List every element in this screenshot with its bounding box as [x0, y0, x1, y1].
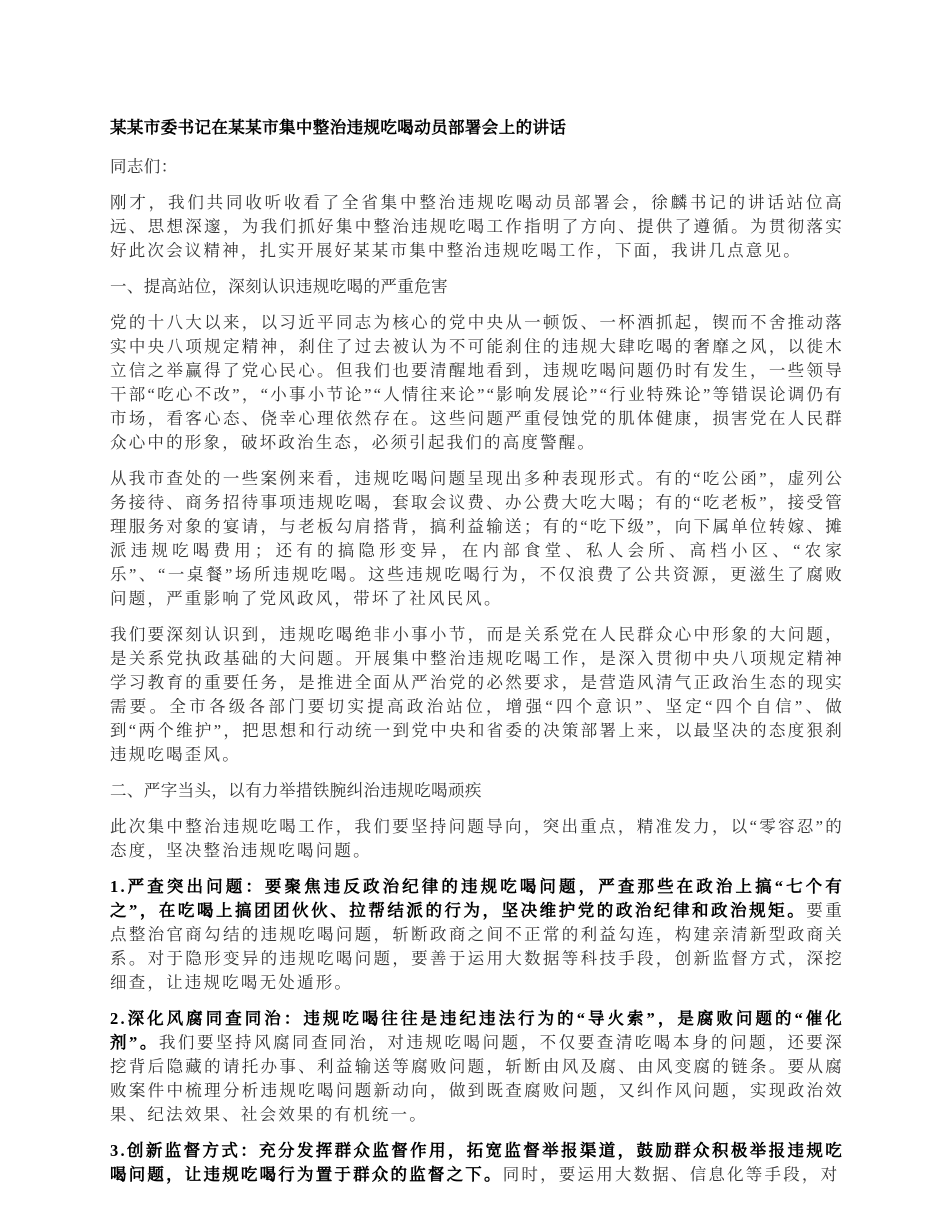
text-run: 党的十八大以来，以习近平同志为核心的党中央从一顿饭、一杯酒抓起，锲而不舍推动落实…: [110, 313, 844, 452]
text-run: 刚才，我们共同收听收看了全省集中整治违规吃喝动员部署会，徐麟书记的讲话站位高远、…: [110, 193, 844, 260]
paragraph: 刚才，我们共同收听收看了全省集中整治违规吃喝动员部署会，徐麟书记的讲话站位高远、…: [110, 191, 844, 263]
text-run: 从我市查处的一些案例来看，违规吃喝问题呈现出多种表现形式。有的“吃公函”，虚列公…: [110, 469, 844, 608]
section-heading: 二、严字当头，以有力举措铁腕纠治违规吃喝顽疾: [110, 779, 844, 803]
paragraph: 2.深化风腐同查同治：违规吃喝往往是违纪违法行为的“导火索”，是腐败问题的“催化…: [110, 1007, 844, 1127]
paragraph: 从我市查处的一些案例来看，违规吃喝问题呈现出多种表现形式。有的“吃公函”，虚列公…: [110, 467, 844, 611]
document-title: 某某市委书记在某某市集中整治违规吃喝动员部署会上的讲话: [110, 116, 844, 140]
text-run: 我们要坚持风腐同查同治，对违规吃喝问题，不仅要查清吃喝本身的问题，还要深挖背后隐…: [110, 1033, 844, 1124]
bold-text-run: 某某市委书记在某某市集中整治违规吃喝动员部署会上的讲话: [110, 118, 566, 137]
paragraph: 我们要深刻认识到，违规吃喝绝非小事小节，而是关系党在人民群众心中形象的大问题，是…: [110, 623, 844, 767]
salutation: 同志们：: [110, 155, 844, 179]
paragraph: 党的十八大以来，以习近平同志为核心的党中央从一顿饭、一杯酒抓起，锲而不舍推动落实…: [110, 311, 844, 455]
text-run: 同时，要运用大数据、信息化等手段，对: [503, 1165, 840, 1184]
text-run: 我们要深刻认识到，违规吃喝绝非小事小节，而是关系党在人民群众心中形象的大问题，是…: [110, 625, 844, 764]
section-heading: 一、提高站位，深刻认识违规吃喝的严重危害: [110, 275, 844, 299]
paragraph: 3.创新监督方式：充分发挥群众监督作用，拓宽监督举报渠道，鼓励群众积极举报违规吃…: [110, 1139, 844, 1187]
paragraph: 1.严查突出问题：要聚焦违反政治纪律的违规吃喝问题，严查那些在政治上搞“七个有之…: [110, 875, 844, 995]
bold-text-run: 1.严查突出问题：要聚焦违反政治纪律的违规吃喝问题，严查那些在政治上搞“七个有之…: [110, 877, 844, 920]
document-page: 某某市委书记在某某市集中整治违规吃喝动员部署会上的讲话同志们：刚才，我们共同收听…: [0, 0, 950, 1230]
text-run: 此次集中整治违规吃喝工作，我们要坚持问题导向，突出重点，精准发力，以“零容忍”的…: [110, 817, 844, 860]
text-run: 同志们：: [110, 157, 178, 176]
text-run: 二、严字当头，以有力举措铁腕纠治违规吃喝顽疾: [110, 781, 482, 800]
text-run: 一、提高站位，深刻认识违规吃喝的严重危害: [110, 277, 448, 296]
paragraph: 此次集中整治违规吃喝工作，我们要坚持问题导向，突出重点，精准发力，以“零容忍”的…: [110, 815, 844, 863]
